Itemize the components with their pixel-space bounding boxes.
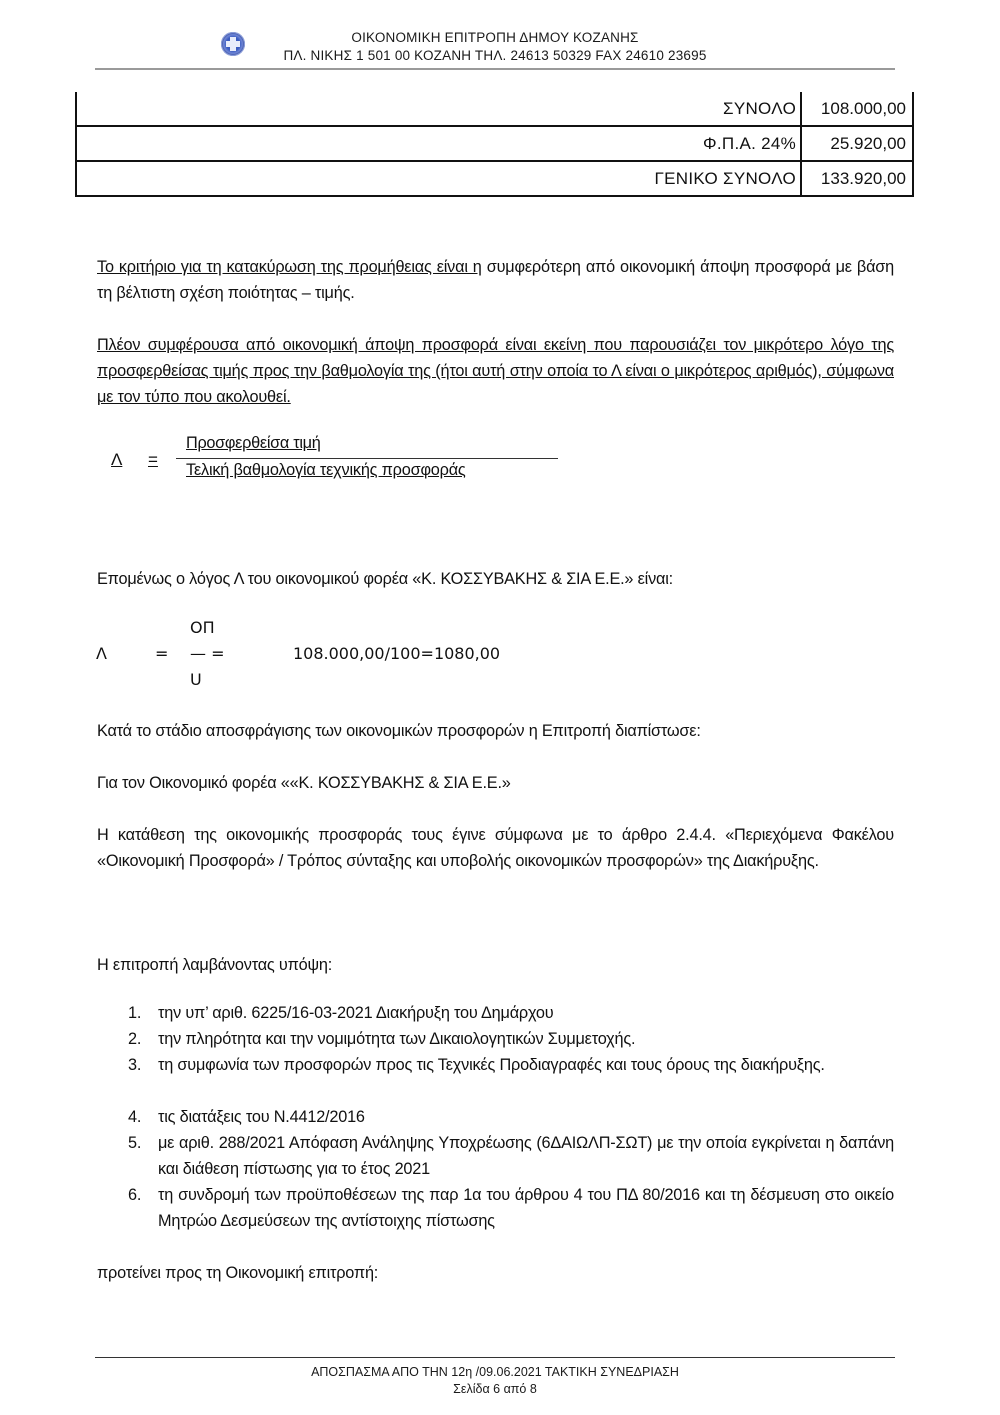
list-text: την υπ’ αριθ. 6225/16-03-2021 Διακήρυξη … (158, 1000, 894, 1026)
formula-equals: = (148, 450, 158, 470)
list-item: 1. την υπ’ αριθ. 6225/16-03-2021 Διακήρυ… (128, 1000, 894, 1026)
list-item: 3. τη συμφωνία των προσφορών προς τις Τε… (128, 1052, 894, 1078)
applied-lambda: Λ (96, 644, 107, 663)
vat-value: 25.920,00 (801, 126, 913, 161)
list-item: 2. την πληρότητα και την νομιμότητα των … (128, 1026, 894, 1052)
grand-total-label: ΓΕΝΙΚΟ ΣΥΝΟΛΟ (76, 161, 801, 196)
considering-heading: Η επιτροπή λαμβάνοντας υπόψη: (97, 952, 894, 978)
list-text: τις διατάξεις του Ν.4412/2016 (158, 1104, 894, 1130)
list-text: τη συμφωνία των προσφορών προς τις Τεχνι… (158, 1052, 894, 1078)
applied-denominator: U (190, 670, 202, 689)
formula-numerator: Προσφερθείσα τιμή (186, 434, 321, 453)
header-divider (95, 68, 895, 70)
table-row: ΣΥΝΟΛΟ 108.000,00 (76, 92, 913, 126)
applied-fraction-bar: — = (190, 644, 225, 663)
list-text: την πληρότητα και την νομιμότητα των Δικ… (158, 1026, 894, 1052)
table-row: ΓΕΝΙΚΟ ΣΥΝΟΛΟ 133.920,00 (76, 161, 913, 196)
formula-fraction-bar (176, 458, 558, 459)
applied-numerator: ΟΠ (190, 618, 215, 637)
advantageous-paragraph: Πλέον συμφέρουσα από οικονομική άποψη πρ… (97, 332, 894, 410)
unsealing-paragraph: Κατά το στάδιο αποσφράγισης των οικονομι… (97, 718, 894, 744)
list-item: 4. τις διατάξεις του Ν.4412/2016 (128, 1104, 894, 1130)
footer-page-number: Σελίδα 6 από 8 (0, 1382, 990, 1396)
applied-equals: = (155, 644, 168, 663)
criterion-underlined-text: Το κριτήριο για τη κατακύρωση της προμήθ… (97, 258, 482, 276)
table-row: Φ.Π.Α. 24% 25.920,00 (76, 126, 913, 161)
totals-table: ΣΥΝΟΛΟ 108.000,00 Φ.Π.Α. 24% 25.920,00 Γ… (75, 92, 914, 197)
proposes-paragraph: προτείνει προς τη Οικονομική επιτροπή: (97, 1260, 894, 1286)
total-label: ΣΥΝΟΛΟ (76, 92, 801, 126)
list-number: 6. (128, 1182, 150, 1208)
list-number: 1. (128, 1000, 150, 1026)
list-number: 3. (128, 1052, 150, 1078)
formula-denominator: Τελική βαθμολογία τεχνικής προσφοράς (186, 461, 466, 480)
criterion-paragraph: Το κριτήριο για τη κατακύρωση της προμήθ… (97, 254, 894, 306)
grand-total-value: 133.920,00 (801, 161, 913, 196)
list-text: με αριθ. 288/2021 Απόφαση Ανάληψης Υποχρ… (158, 1130, 894, 1182)
applied-calculation: 108.000,00/100=1080,00 (293, 644, 500, 663)
submission-paragraph: Η κατάθεση της οικονομικής προσφοράς του… (97, 822, 894, 874)
formula-lambda: Λ (111, 450, 122, 470)
list-number: 2. (128, 1026, 150, 1052)
operator-paragraph: Για τον Οικονομικό φορέα ««Κ. ΚΟΣΣΥΒΑΚΗΣ… (97, 770, 894, 796)
list-number: 4. (128, 1104, 150, 1130)
vat-label: Φ.Π.Α. 24% (76, 126, 801, 161)
header-title: ΟΙΚΟΝΟΜΙΚΗ ΕΠΙΤΡΟΠΗ ΔΗΜΟΥ ΚΟΖΑΝΗΣ (0, 30, 990, 45)
header-address: ΠΛ. ΝΙΚΗΣ 1 501 00 ΚΟΖΑΝΗ ΤΗΛ. 24613 503… (0, 48, 990, 63)
footer-divider (95, 1357, 895, 1358)
list-item: 5. με αριθ. 288/2021 Απόφαση Ανάληψης Υπ… (128, 1130, 894, 1182)
list-item: 6. τη συνδρομή των προϋποθέσεων της παρ … (128, 1182, 894, 1234)
ratio-intro: Επομένως ο λόγος Λ του οικονομικού φορέα… (97, 566, 894, 592)
footer-meeting-info: ΑΠΟΣΠΑΣΜΑ ΑΠΟ ΤΗΝ 12η /09.06.2021 ΤΑΚΤΙΚ… (0, 1365, 990, 1379)
list-number: 5. (128, 1130, 150, 1156)
total-value: 108.000,00 (801, 92, 913, 126)
list-text: τη συνδρομή των προϋποθέσεων της παρ 1α … (158, 1182, 894, 1234)
